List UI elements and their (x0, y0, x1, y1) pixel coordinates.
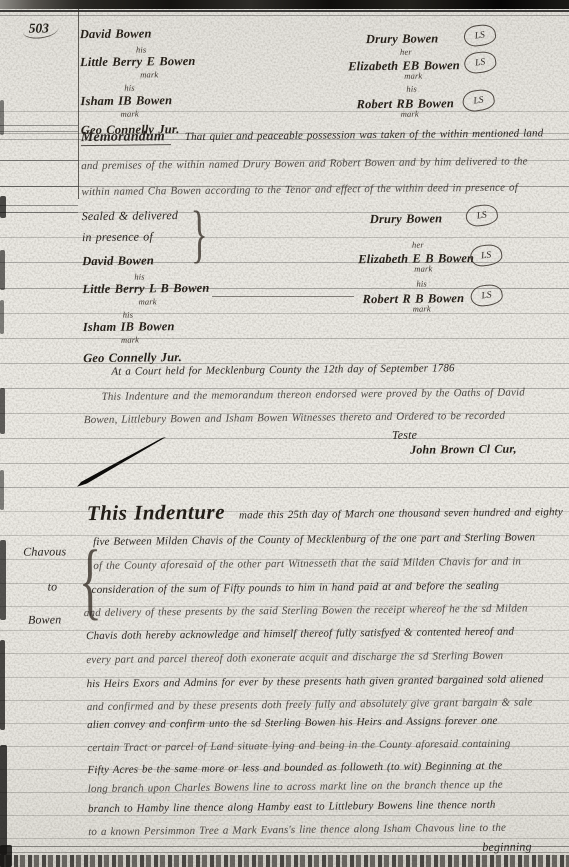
signer-entry: her Elizabeth EB Bowen LS mark (348, 46, 508, 82)
signer-row: Elizabeth E B Bowen LS (358, 249, 518, 265)
signer-row: Robert R B Bowen LS (362, 288, 518, 304)
witness-post: mark (139, 296, 210, 307)
witness-entry: his Isham IB Bowen mark (80, 82, 196, 119)
signer-row: Drury Bowen LS (366, 29, 508, 44)
witness-entry: his Isham IB Bowen mark (83, 309, 210, 346)
signer-name: Elizabeth E B Bowen (358, 251, 474, 266)
indenture-line: Fifty Acres be the same more or less and… (87, 760, 502, 778)
memorandum-heading-row: Memorandum That quiet and peaceable poss… (81, 123, 544, 147)
indenture-heading: This Indenture (87, 500, 225, 525)
seal-text: LS (476, 210, 487, 221)
indenture-line: every part and parcel thereof doth exone… (86, 650, 503, 668)
signer-entry: his Robert R B Bowen LS mark (358, 278, 518, 314)
top-signer-column: Drury Bowen LS her Elizabeth EB Bowen LS… (348, 29, 509, 122)
seal-text: LS (480, 250, 491, 261)
seal-text: LS (474, 57, 485, 68)
memorandum-heading: Memorandum (81, 129, 171, 146)
witness-name: Little Berry L B Bowen (82, 281, 209, 297)
indenture-line: of the County aforesaid of the other par… (93, 556, 521, 574)
witness-pre: his (136, 44, 195, 55)
handwritten-ink-layer: 503 David Bowen his Little Berry E Bowen… (0, 0, 569, 867)
indenture-line: alien convey and confirm unto the sd Ste… (87, 715, 498, 732)
signer-name: Drury Bowen (366, 31, 439, 46)
signer-name: Robert RB Bowen (356, 96, 453, 111)
memorandum-line: That quiet and peaceable possession was … (185, 127, 544, 143)
indenture-line: Chavis doth hereby acknowledge and himse… (86, 626, 514, 644)
indenture-line: five Between Milden Chavis of the County… (93, 531, 535, 549)
witness-name: David Bowen (80, 26, 196, 42)
attestation-brace: } (191, 205, 208, 263)
indenture-line: and delivery of these presents by the sa… (84, 602, 528, 620)
teste-label: Teste (392, 428, 417, 443)
witness-name: Isham IB Bowen (83, 319, 210, 335)
signer-name: Drury Bowen (370, 211, 443, 226)
signer-row: Robert RB Bowen LS (356, 93, 508, 109)
witness-post: mark (121, 107, 196, 118)
page-number: 503 (23, 20, 59, 38)
witness-name: Little Berry E Bowen (80, 54, 196, 70)
witness-post: mark (140, 69, 195, 80)
margin-note-party2: Bowen (28, 612, 62, 627)
margin-note-party1: Chavous (23, 544, 66, 559)
witness-name: Isham IB Bowen (80, 92, 196, 108)
top-witness-column: David Bowen his Little Berry E Bowen mar… (80, 26, 197, 141)
indenture-line: consideration of the sum of Fifty pounds… (92, 580, 499, 597)
seal-icon: LS (464, 203, 498, 228)
indenture-line: and confirmed and by these presents doth… (87, 696, 533, 714)
signer-entry: Drury Bowen LS (348, 29, 508, 45)
signer-name: Robert R B Bowen (363, 291, 465, 306)
indenture-heading-row: This Indenture made this 25th day of Mar… (87, 496, 563, 526)
margin-note-connector: to (48, 579, 58, 593)
indenture-line: to a known Persimmon Tree a Mark Evans's… (88, 822, 506, 840)
signer-row: Drury Bowen LS (370, 209, 518, 225)
indenture-line: his Heirs Exors and Admins for ever by t… (87, 673, 544, 691)
memorandum-line: and premises of the within named Drury B… (81, 155, 528, 173)
court-line: Bowen, Littlebury Bowen and Isham Bowen … (84, 410, 505, 428)
signer-entry: her Elizabeth E B Bowen LS mark (358, 239, 518, 275)
seal-text: LS (473, 94, 484, 105)
attestation-signer-column: Drury Bowen LS her Elizabeth E B Bowen L… (358, 209, 519, 317)
signer-row: Elizabeth EB Bowen LS (348, 56, 508, 72)
court-line: This Indenture and the memorandum thereo… (102, 386, 525, 404)
witness-entry: David Bowen (80, 26, 196, 42)
witness-name: Geo Connelly Jur. (83, 349, 210, 365)
witness-entry: his Little Berry E Bowen mark (80, 44, 196, 81)
catchword: beginning (482, 839, 532, 854)
seal-text: LS (481, 289, 492, 300)
witness-entry: his Little Berry L B Bowen mark (82, 271, 209, 308)
indenture-line: branch to Hamby line thence along Hamby … (88, 799, 496, 816)
scanned-deed-page: 503 David Bowen his Little Berry E Bowen… (0, 0, 569, 867)
indenture-line: certain Tract or parcel of Land situate … (87, 738, 510, 756)
signer-entry: his Robert RB Bowen LS mark (348, 83, 508, 119)
indenture-line: long branch upon Charles Bowens line to … (88, 779, 503, 797)
seal-text: LS (474, 30, 485, 41)
indenture-opening: made this 25th day of March one thousand… (239, 506, 563, 521)
clerk-signature: John Brown Cl Cur, (410, 442, 517, 458)
signer-entry: Drury Bowen LS (358, 209, 518, 225)
witness-entry: Geo Connelly Jur. (83, 349, 210, 365)
court-line: At a Court held for Mecklenburg County t… (111, 362, 454, 379)
witness-post: mark (121, 334, 210, 345)
memorandum-line: within named Cha Bowen according to the … (81, 182, 518, 200)
seal-icon: LS (463, 23, 497, 48)
signer-name: Elizabeth EB Bowen (348, 58, 460, 73)
